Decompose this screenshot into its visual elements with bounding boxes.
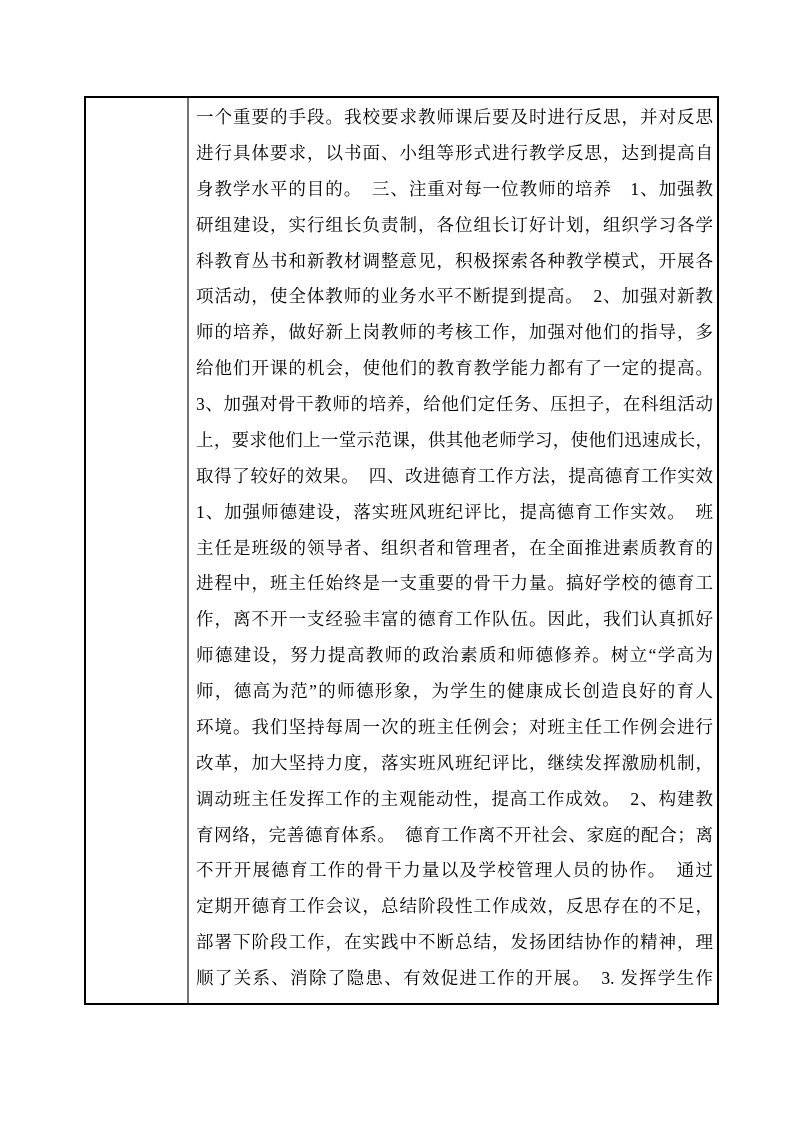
text-line: 一个重要的手段。我校要求教师课后要及时进行反思，并对反思 — [196, 100, 713, 136]
text-line: 项活动，使全体教师的业务水平不断提到提高。 2、加强对新教 — [196, 279, 713, 315]
text-line: 上，要求他们上一堂示范课，供其他老师学习，使他们迅速成长， — [196, 423, 713, 459]
text-line: 部署下阶段工作，在实践中不断总结，发扬团结协作的精神，理 — [196, 925, 713, 961]
text-line: 主任是班级的领导者、组织者和管理者，在全面推进素质教育的 — [196, 531, 713, 567]
text-line: 师的培养，做好新上岗教师的考核工作，加强对他们的指导，多 — [196, 315, 713, 351]
report-table: 一个重要的手段。我校要求教师课后要及时进行反思，并对反思进行具体要求，以书面、小… — [84, 96, 719, 1005]
text-line: 改革，加大坚持力度，落实班风班纪评比，继续发挥激励机制， — [196, 746, 713, 782]
text-line: 给他们开课的机会，使他们的教育教学能力都有了一定的提高。 — [196, 351, 713, 387]
text-line: 3、加强对骨干教师的培养，给他们定任务、压担子，在科组活动 — [196, 387, 713, 423]
text-line: 作，离不开一支经验丰富的德育工作队伍。因此，我们认真抓好 — [196, 602, 713, 638]
text-line: 师，德高为范”的师德形象，为学生的健康成长创造良好的育人 — [196, 674, 713, 710]
text-line: 身教学水平的目的。 三、注重对每一位教师的培养 1、加强教 — [196, 172, 713, 208]
document-page: 一个重要的手段。我校要求教师课后要及时进行反思，并对反思进行具体要求，以书面、小… — [0, 0, 794, 1122]
text-line: 不开开展德育工作的骨干力量以及学校管理人员的协作。 通过 — [196, 853, 713, 889]
table-cell-content: 一个重要的手段。我校要求教师课后要及时进行反思，并对反思进行具体要求，以书面、小… — [189, 98, 717, 1003]
text-line: 顺了关系、消除了隐患、有效促进工作的开展。 3. 发挥学生作 — [196, 961, 713, 997]
text-line: 1、加强师德建设，落实班风班纪评比，提高德育工作实效。 班 — [196, 495, 713, 531]
text-line: 定期开德育工作会议，总结阶段性工作成效，反思存在的不足， — [196, 889, 713, 925]
text-line: 研组建设，实行组长负责制，各位组长订好计划，组织学习各学 — [196, 208, 713, 244]
text-line: 环境。我们坚持每周一次的班主任例会；对班主任工作例会进行 — [196, 710, 713, 746]
table-cell-label-column — [86, 98, 189, 1003]
text-line: 调动班主任发挥工作的主观能动性，提高工作成效。 2、构建教 — [196, 782, 713, 818]
text-line: 进行具体要求，以书面、小组等形式进行教学反思，达到提高自 — [196, 136, 713, 172]
text-line: 进程中，班主任始终是一支重要的骨干力量。搞好学校的德育工 — [196, 566, 713, 602]
text-line: 育网络，完善德育体系。 德育工作离不开社会、家庭的配合；离 — [196, 818, 713, 854]
text-line: 科教育丛书和新教材调整意见，积极探索各种教学模式，开展各 — [196, 244, 713, 280]
text-line: 取得了较好的效果。 四、改进德育工作方法，提高德育工作实效 — [196, 459, 713, 495]
text-line: 师德建设，努力提高教师的政治素质和师德修养。树立“学高为 — [196, 638, 713, 674]
paragraph-lines: 一个重要的手段。我校要求教师课后要及时进行反思，并对反思进行具体要求，以书面、小… — [196, 100, 713, 997]
